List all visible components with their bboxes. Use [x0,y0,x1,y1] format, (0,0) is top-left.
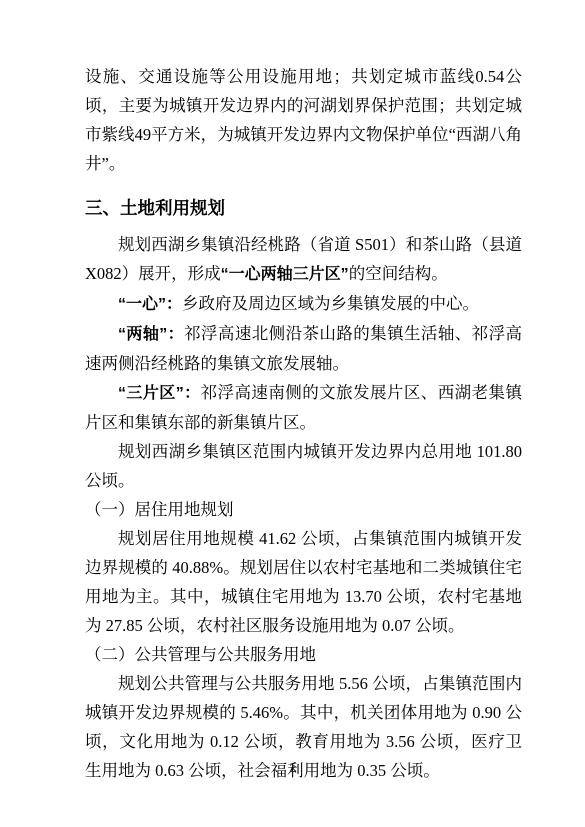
text-run: 设施、交通设施等公用设施用地；共划定城市蓝线0.54公顷，主要为城镇开发边界内的… [85,67,522,173]
text-run: “一心”： [118,296,182,313]
section-heading: 三、土地利用规划 [85,196,522,220]
text-run: 三、土地利用规划 [85,198,225,218]
body-paragraph: 规划西湖乡集镇沿经桃路（省道 S501）和茶山路（县道 X082）展开，形成“一… [85,230,522,289]
subsection-heading: （二）公共管理与公共服务用地 [85,640,522,669]
text-run: 乡政府及周边区域为乡集镇发展的中心。 [182,294,479,313]
body-paragraph: “三片区”：祁浮高速南侧的文旅发展片区、西湖老集镇片区和集镇东部的新集镇片区。 [85,378,522,437]
page-number: 2 [290,761,296,775]
text-run: “一心两轴三片区” [221,266,349,283]
subsection-heading: （一）居住用地规划 [85,495,522,524]
text-run: 规划居住用地规模 41.62 公顷，占集镇范围内城镇开发边界规模的 40.88%… [85,529,522,635]
body-paragraph: 规划西湖乡集镇区范围内城镇开发边界内总用地 101.80 公顷。 [85,437,522,495]
body-paragraph: 设施、交通设施等公用设施用地；共划定城市蓝线0.54公顷，主要为城镇开发边界内的… [85,62,522,178]
text-run: 的空间结构。 [349,264,448,283]
body-paragraph: “一心”：乡政府及周边区域为乡集镇发展的中心。 [85,289,522,319]
document-page: 设施、交通设施等公用设施用地；共划定城市蓝线0.54公顷，主要为城镇开发边界内的… [0,0,585,827]
body-paragraph: “两轴”：祁浮高速北侧沿茶山路的集镇生活轴、祁浮高速两侧沿经桃路的集镇文旅发展轴… [85,319,522,378]
text-run: “三片区”： [118,385,201,402]
page-footer: 2 [0,759,585,777]
text-run: （一）居住用地规划 [85,500,234,519]
text-run: （二）公共管理与公共服务用地 [85,645,316,664]
text-run: “两轴”： [118,326,184,343]
body-paragraph: 规划居住用地规模 41.62 公顷，占集镇范围内城镇开发边界规模的 40.88%… [85,524,522,640]
text-run: 规划西湖乡集镇区范围内城镇开发边界内总用地 101.80 公顷。 [85,442,522,490]
document-body: 设施、交通设施等公用设施用地；共划定城市蓝线0.54公顷，主要为城镇开发边界内的… [85,62,522,785]
